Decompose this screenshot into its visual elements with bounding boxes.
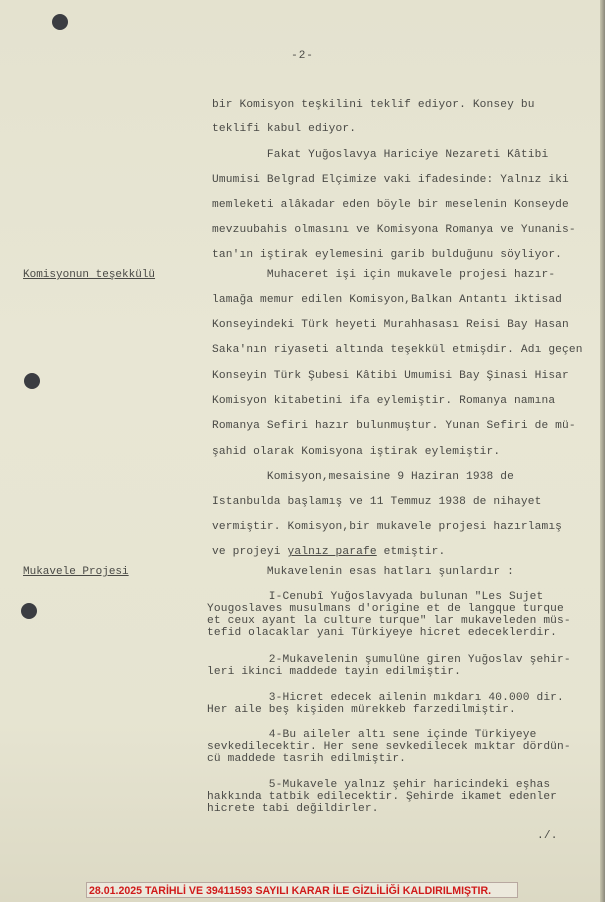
list-item-line: 3-Hicret edecek ailenin mıkdarı 40.000 d… xyxy=(207,692,564,704)
text-line: Istanbulda başlamış ve 11 Temmuz 1938 de… xyxy=(212,496,541,508)
list-item-line: tefid olacaklar yani Türkiyeye hicret ed… xyxy=(207,627,557,639)
page-number: -2- xyxy=(0,50,605,62)
list-item-line: sevkedilecektir. Her sene sevkedilecek m… xyxy=(207,741,571,753)
text-line: Mukavelenin esas hatları şunlardır : xyxy=(212,566,514,578)
text-line: vermiştir. Komisyon,bir mukavele projesi… xyxy=(212,521,562,533)
margin-caption-draft: Mukavele Projesi xyxy=(23,566,129,578)
text-line: teklifi kabul ediyor. xyxy=(212,123,356,135)
margin-caption-commission: Komisyonun teşekkülü xyxy=(23,269,155,281)
document-page: -2- bir Komisyon teşkilini teklif ediyor… xyxy=(0,0,600,902)
text-line: Komisyon,mesaisine 9 Haziran 1938 de xyxy=(212,471,514,483)
list-item-line: hakkında tatbik edilecektir. Şehirde ika… xyxy=(207,791,557,803)
text-line: bir Komisyon teşkilini teklif ediyor. Ko… xyxy=(212,99,535,111)
text-fragment: etmiştir. xyxy=(377,546,446,558)
text-line: ve projeyi yalnız parafe etmiştir. xyxy=(212,546,445,558)
text-line: memleketi alâkadar eden böyle bir mesele… xyxy=(212,199,569,211)
page-edge xyxy=(600,0,605,902)
text-line: Muhaceret işi için mukavele projesi hazı… xyxy=(212,269,555,281)
list-item-line: Yougoslaves musulmans d'origine et de la… xyxy=(207,603,564,615)
list-item-line: 2-Mukavelenin şumulüne giren Yuğoslav şe… xyxy=(207,654,571,666)
list-item-line: 4-Bu aileler altı sene içinde Türkiyeye xyxy=(207,729,536,741)
punch-hole-middle xyxy=(24,373,40,389)
text-line: Fakat Yuğoslavya Hariciye Nezareti Kâtib… xyxy=(212,149,548,161)
list-item-line: Her aile beş kişiden mürekkeb farzedilmi… xyxy=(207,704,516,716)
list-item-line: 5-Mukavele yalnız şehir haricindeki eşha… xyxy=(207,779,550,791)
punch-hole-bottom xyxy=(21,603,37,619)
text-line: Umumisi Belgrad Elçimize vaki ifadesinde… xyxy=(212,174,569,186)
text-line: şahid olarak Komisyona iştirak eylemişti… xyxy=(212,446,500,458)
text-line: Romanya Sefiri hazır bulunmuştur. Yunan … xyxy=(212,420,576,432)
text-fragment: ve projeyi xyxy=(212,546,288,558)
text-line: lamağa memur edilen Komisyon,Balkan Anta… xyxy=(212,294,562,306)
text-line: Komisyon kitabetini ifa eylemiştir. Roma… xyxy=(212,395,555,407)
text-line: tan'ın iştirak eylemesini garib bulduğun… xyxy=(212,249,562,261)
text-line: mevzuubahis olmasını ve Komisyona Romany… xyxy=(212,224,576,236)
text-line: Konseyindeki Türk heyeti Murahhasası Rei… xyxy=(212,319,569,331)
list-item-line: I-Cenubî Yuğoslavyada bulunan "Les Sujet xyxy=(207,591,543,603)
list-item-line: hicrete tabi değildirler. xyxy=(207,803,379,815)
continuation-mark: ./. xyxy=(537,830,558,842)
text-line: Konseyin Türk Şubesi Kâtibi Umumisi Bay … xyxy=(212,370,569,382)
list-item-line: et ceux ayant la culture turque" lar muk… xyxy=(207,615,571,627)
list-item-line: leri ikinci maddede tayin edilmiştir. xyxy=(207,666,461,678)
punch-hole-top xyxy=(52,14,68,30)
text-line: Saka'nın riyaseti altında teşekkül etmiş… xyxy=(212,344,583,356)
declassification-stamp: 28.01.2025 TARİHLİ VE 39411593 SAYILI KA… xyxy=(86,882,518,898)
list-item-line: cü maddede tasrih edilmiştir. xyxy=(207,753,406,765)
underlined-text: yalnız parafe xyxy=(288,546,377,558)
